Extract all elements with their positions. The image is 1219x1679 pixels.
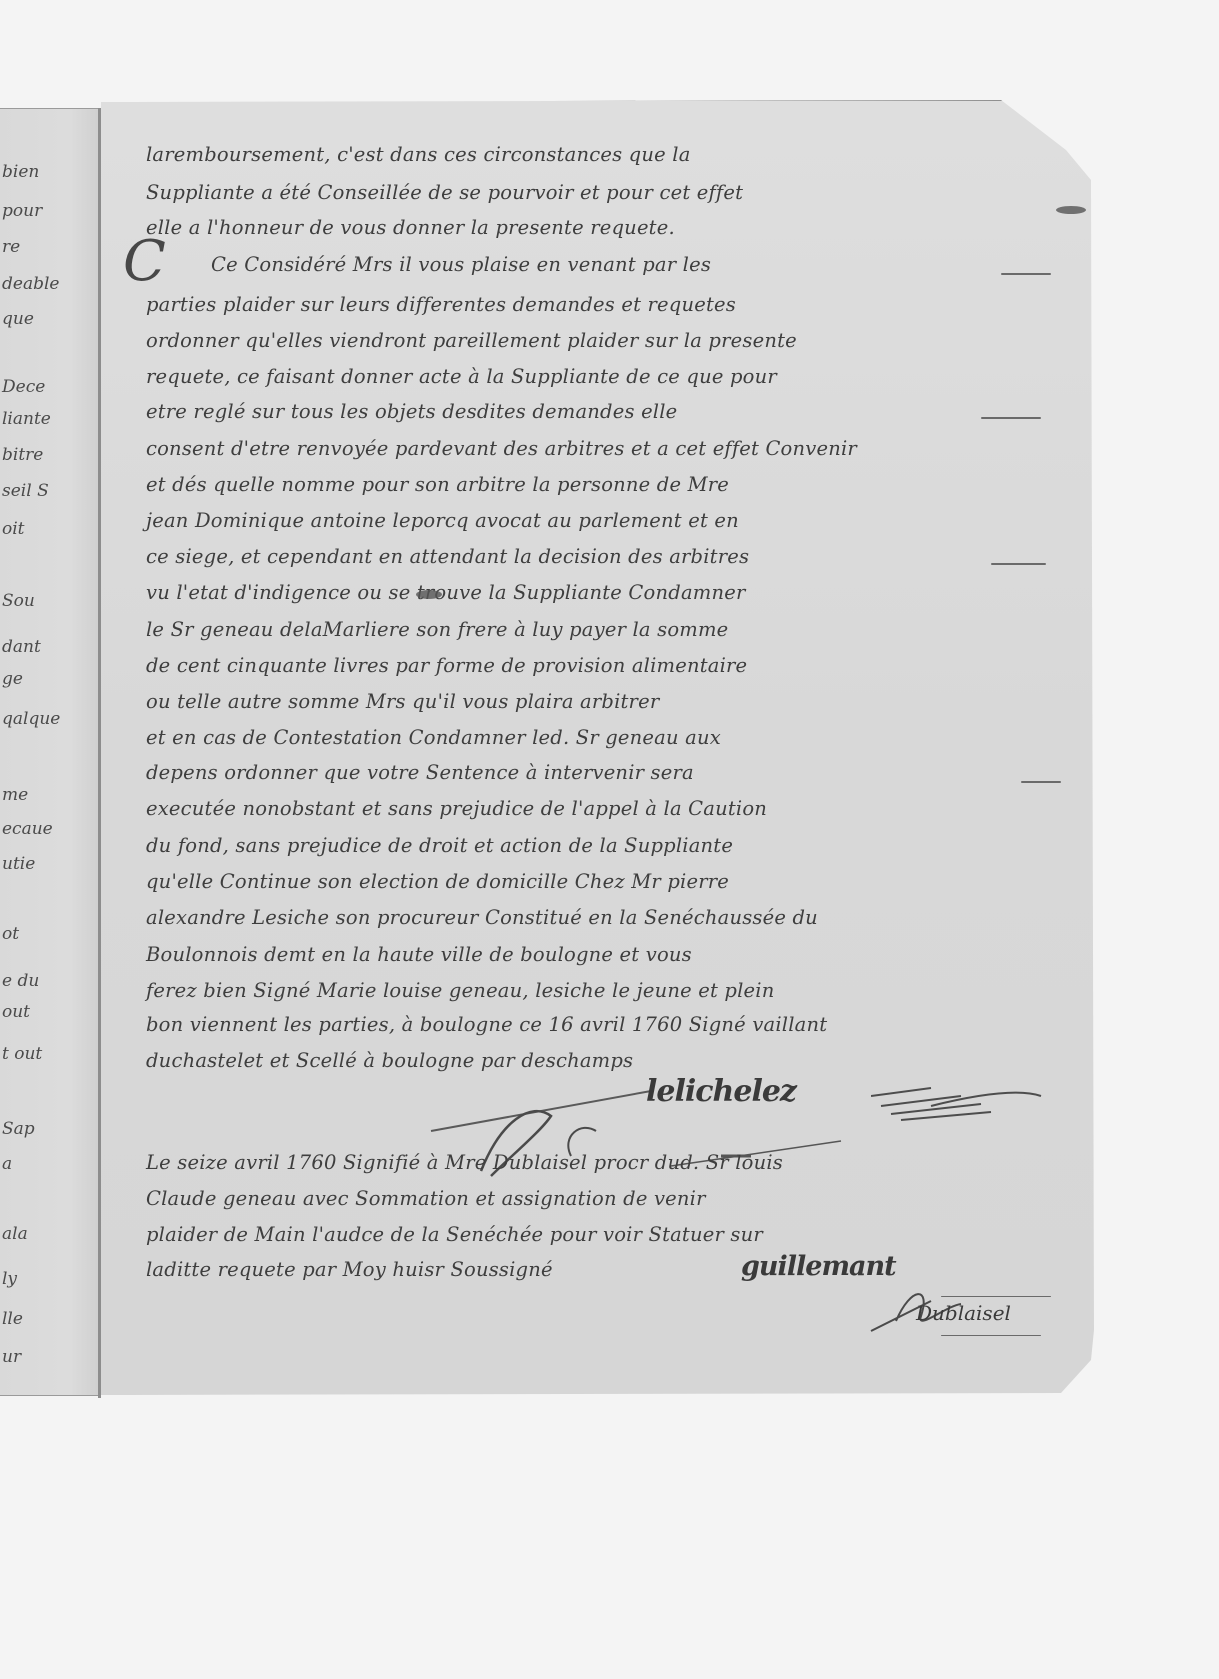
margin-fragment: dant — [2, 637, 41, 657]
line-flourish — [991, 563, 1046, 565]
margin-fragment: re — [2, 237, 20, 257]
signature-scribble — [871, 1076, 1051, 1140]
text-line: ou telle autre somme Mrs qu'il vous plai… — [146, 690, 659, 713]
decorated-initial: C — [123, 229, 166, 294]
text-line: du fond, sans prejudice de droit et acti… — [146, 834, 733, 857]
left-facing-page: bien pour re deable que Dece liante bitr… — [0, 108, 100, 1396]
margin-fragment: pour — [2, 201, 42, 221]
text-line: Boulonnois demt en la haute ville de bou… — [146, 943, 692, 966]
text-line: bon viennent les parties, à boulogne ce … — [146, 1013, 827, 1036]
margin-fragment: e du — [2, 971, 39, 991]
margin-fragment: seil S — [2, 481, 49, 501]
text-line: et dés quelle nomme pour son arbitre la … — [146, 473, 729, 496]
line-flourish — [1001, 273, 1051, 275]
corner-rule — [941, 1296, 1051, 1297]
margin-fragment: ot — [2, 924, 19, 944]
service-note-line: Claude geneau avec Sommation et assignat… — [146, 1187, 706, 1210]
margin-fragment: bitre — [2, 445, 43, 465]
page-gutter — [98, 108, 101, 1398]
margin-fragment: ala — [2, 1224, 28, 1244]
margin-fragment: ecaue — [2, 819, 53, 839]
margin-fragment: a — [2, 1154, 12, 1174]
ink-blot — [1056, 206, 1086, 214]
service-note-line: Le seize avril 1760 Signifié à Mre Dubla… — [146, 1151, 783, 1174]
text-line: de cent cinquante livres par forme de pr… — [146, 654, 747, 677]
text-line: laremboursement, c'est dans ces circonst… — [146, 143, 691, 166]
line-flourish — [1021, 781, 1061, 783]
margin-fragment: qalque — [2, 709, 60, 729]
line-flourish — [981, 417, 1041, 419]
text-line: ferez bien Signé Marie louise geneau, le… — [146, 979, 774, 1002]
text-line: etre reglé sur tous les objets desdites … — [146, 400, 677, 423]
signature-name: lelichelez — [646, 1074, 796, 1109]
margin-fragment: Dece — [2, 377, 45, 397]
service-note-line: laditte requete par Moy huisr Soussigné — [146, 1258, 553, 1281]
text-line: jean Dominique antoine leporcq avocat au… — [146, 509, 739, 532]
text-line: consent d'etre renvoyée pardevant des ar… — [146, 437, 857, 460]
margin-fragment: que — [2, 309, 34, 329]
text-line: le Sr geneau delaMarliere son frere à lu… — [146, 618, 728, 641]
margin-fragment: out — [2, 1002, 30, 1022]
margin-fragment: ur — [2, 1347, 21, 1367]
margin-fragment: me — [2, 785, 28, 805]
margin-fragment: bien — [2, 162, 39, 182]
text-line: et en cas de Contestation Condamner led.… — [146, 726, 721, 749]
text-line: Suppliante a été Conseillée de se pourvo… — [146, 181, 743, 204]
margin-fragment: oit — [2, 519, 25, 539]
margin-fragment: deable — [2, 274, 59, 294]
margin-fragment: ge — [2, 669, 23, 689]
text-line: qu'elle Continue son election de domicil… — [146, 870, 729, 893]
text-line: requete, ce faisant donner acte à la Sup… — [146, 365, 777, 388]
ink-blot — [416, 590, 442, 599]
margin-fragment: lle — [2, 1309, 23, 1329]
corner-note-signature: Dublaisel — [916, 1301, 1011, 1325]
text-line: elle a l'honneur de vous donner la prese… — [146, 216, 675, 239]
text-line: ordonner qu'elles viendront pareillement… — [146, 329, 797, 352]
text-line: executée nonobstant et sans prejudice de… — [146, 797, 767, 820]
text-line: alexandre Lesiche son procureur Constitu… — [146, 906, 818, 929]
service-note-line: plaider de Main l'audce de la Senéchée p… — [146, 1223, 763, 1246]
corner-rule — [941, 1335, 1041, 1336]
margin-fragment: t out — [2, 1044, 42, 1064]
margin-fragment: liante — [2, 409, 51, 429]
margin-fragment: Sap — [2, 1119, 35, 1139]
text-line: parties plaider sur leurs differentes de… — [146, 293, 736, 316]
text-line: ce siege, et cependant en attendant la d… — [146, 545, 749, 568]
text-line: vu l'etat d'indigence ou se trouve la Su… — [146, 581, 745, 604]
margin-fragment: ly — [2, 1269, 17, 1289]
text-line: depens ordonner que votre Sentence à int… — [146, 761, 694, 784]
manuscript-page: laremboursement, c'est dans ces circonst… — [101, 100, 1094, 1397]
text-line: Ce Considéré Mrs il vous plaise en venan… — [211, 253, 711, 276]
margin-fragment: Sou — [2, 591, 35, 611]
margin-fragment: utie — [2, 854, 35, 874]
